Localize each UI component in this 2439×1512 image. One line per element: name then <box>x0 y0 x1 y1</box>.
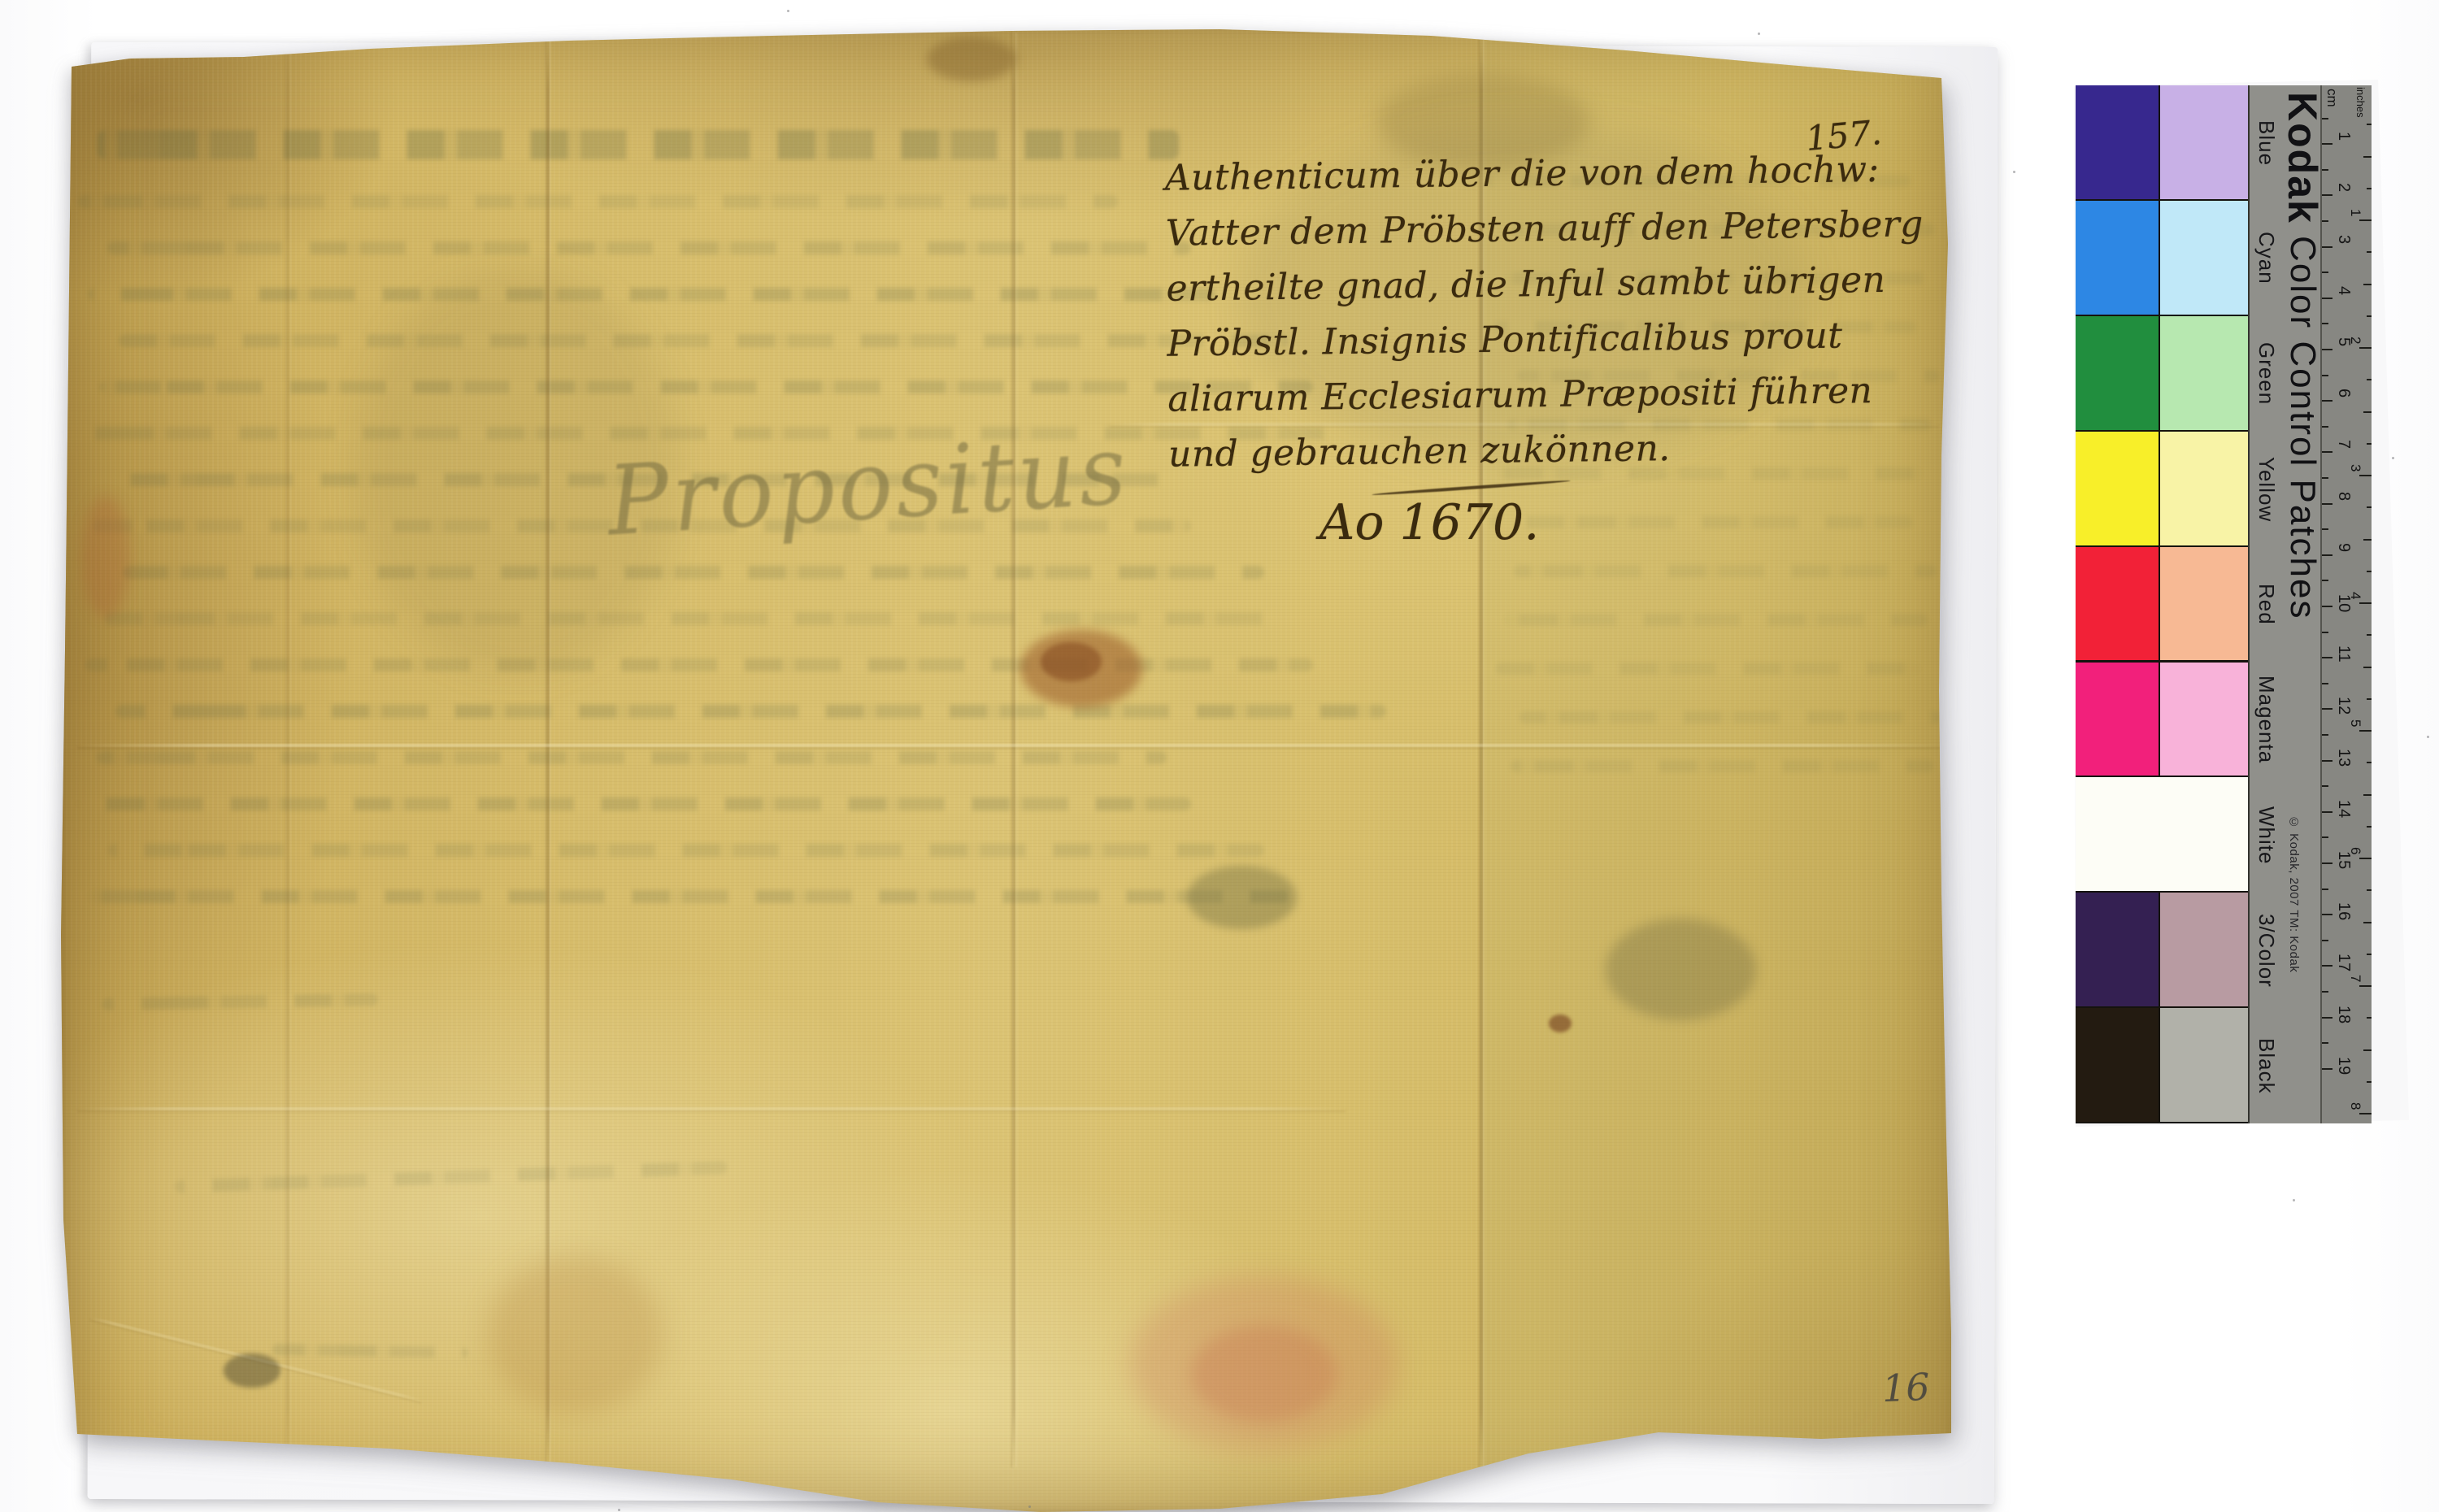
dust-speck <box>1028 1505 1031 1508</box>
dust-speck <box>1758 33 1760 35</box>
archival-scan: 157. Authenticum über die von dem hochw:… <box>0 0 2439 1512</box>
dust-speck <box>2427 736 2429 738</box>
dust-speck <box>2293 1199 2295 1201</box>
dust-speck <box>787 10 789 12</box>
dust-speck <box>618 1509 620 1511</box>
dust-specks-layer <box>0 0 2439 1512</box>
dust-speck <box>2013 171 2015 173</box>
dust-speck <box>2392 457 2394 459</box>
